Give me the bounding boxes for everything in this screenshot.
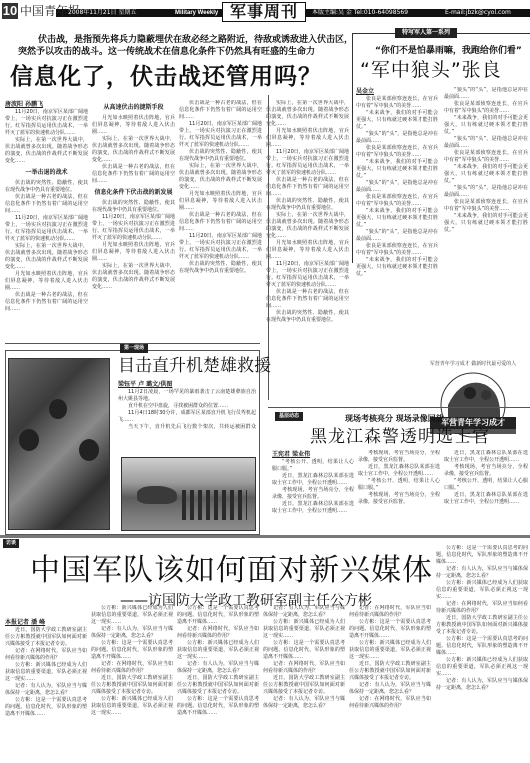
helicopter-story-byline: 梁钰平 卢 璐文/供图 [118,380,256,389]
lead-paragraph: 11月20日，南京军区某部广阔地带上，一场实兵对抗演习正在激烈进行。红军指挥员运… [92,214,175,242]
interview-paragraph: 公方彬：新兴媒体已经成为人们获取信息的重要渠道，军队必须正视这一现实…… [91,605,173,626]
interview-column-2: 公方彬：新兴媒体已经成为人们获取信息的重要渠道，军队必须正视这一现实…… 记者：… [91,605,173,763]
interview-paragraph: 近日，国防大学政工教研室副主任公方彬教授就中国军队如何面对新兴媒体接受了本报记者… [177,675,259,696]
interview-tag: 访谈 [3,539,19,548]
lead-paragraph: 月光如水映照着伏击阵地，官兵们屏息凝神，等待着敌人进入伏击圈…… [266,128,349,149]
lead-paragraph: 11月20日，南京军区某部广阔地带上，一场实兵对抗演习正在激烈进行。红军指挥员运… [179,233,262,261]
interview-column-1: 本报记者 潘 峰 近日，国防大学政工教研室副主任公方彬教授就中国军队如何面对新兴… [5,618,87,763]
lead-paragraph: 伏击战的突然性、隐蔽性，使其在现代战争中仍具有重要地位。 [266,198,349,212]
interview-paragraph: 公方彬：新兴媒体已经成为人们获取信息的重要渠道，军队必须正视这一现实…… [5,662,87,683]
hlj-paragraph: 近日，黑龙江森林总队某部在选取士官工作中，全程公开透明…… [272,501,354,515]
interview-paragraph: 记者：在网络时代，军队应当如何看待新兴媒体的作用？ [177,626,259,640]
helicopter-story-body: 梁钰平 卢 璐文/供图 11月2日凌晨，一场罕见的暴雨袭击了云南楚雄彝族自治州大… [118,380,256,430]
helicopter-shape [137,486,177,504]
lead-paragraph: 11月20日，南京军区某部广阔地带上，一场实兵对抗演习正在激烈进行。红军指挥员运… [266,149,349,177]
feature-paragraph: 张良是某部侦察连连长，在官兵中有着“军中狼头”的美誉…… [356,96,438,110]
photo-figure [79,439,99,461]
interview-byline: 本报记者 潘 峰 [5,618,87,627]
masthead: 10 中国青年报 2008年11月21日 星期五 Military Weekly… [0,0,530,22]
feature-paragraph: 张良是某部侦察连连长，在官兵中有着“军中狼头”的美誉…… [444,150,528,164]
interview-paragraph: 近日，国防大学政工教研室副主任公方彬教授就中国军队如何面对新兴媒体接受了本报记者… [5,627,87,648]
lead-paragraph: 伏击战是一种古老的战法，但在信息化条件下仍然有着广阔的运用空间…… [5,292,88,313]
lead-paragraph: 月光如水映照着伏击阵地，官兵们屏息凝神，等待着敌人进入伏击圈…… [5,271,88,292]
helicopter-paragraph: 11月2日凌晨，一场罕见的暴雨袭击了云南楚雄彝族自治州大姚县等地。 [118,389,256,403]
lead-paragraph: 伏击战的突然性、隐蔽性，使其在现代战争中仍具有重要地位。 [266,310,349,324]
lead-paragraph: 11月20日，南京军区某部广阔地带上，一场实兵对抗演习正在激烈进行。红军指挥员运… [266,261,349,289]
helicopter-paragraph: 当天下午，直升机先后飞行数个架次，共转运被困群众100余人。 [118,424,256,430]
feature-tag: 特写军人第一系列 [395,28,457,38]
lead-paragraph: 月光如水映照着伏击阵地，官兵们屏息凝神，等待着敌人进入伏击圈…… [179,191,262,212]
interview-column-5: 记者：在网络时代，军队应当如何看待新兴媒体的作用？ 公方彬：这是一个需要认真思考… [349,605,431,763]
lead-paragraph: 实际上，在第一次世界大战中，伏击战就曾多次出现。随着战争形态的演变，伏击战的作战… [179,163,262,191]
hlj-paragraph: “考核公开、透明，结果让人心服口服。” [358,478,440,492]
interview-paragraph: 记者：有人认为，军队应当与媒体保持一定距离，您怎么看？ [436,678,528,692]
photo-figure [49,399,67,419]
photo-figure [19,429,39,451]
interview-column-3: 公方彬：这是一个需要认真思考的问题。信息化时代，军队形象的塑造离不开媒体…… 记… [177,605,259,763]
lead-paragraph: 伏击战是一种古老的战法，但在信息化条件下仍然有着广阔的运用空间…… [179,212,262,233]
helicopter-photo [121,457,256,531]
interview-paragraph: 公方彬：这是一个需要认真思考的问题。信息化时代，军队形象的塑造离不开媒体…… [436,636,528,657]
lead-paragraph: 月光如水映照着伏击阵地，官兵们屏息凝神，等待着敌人进入伏击圈…… [266,240,349,261]
divider [268,407,530,408]
lead-paragraph: 11月20日，南京军区某部广阔地带上，一场实兵对抗演习正在激烈进行。红军指挥员运… [5,215,88,243]
lead-column-4: 实际上，在第一次世界大战中，伏击战就曾多次出现。随着战争形态的演变，伏击战的作战… [266,100,349,400]
lead-paragraph: 伏击战是一种古老的战法，但在信息化条件下仍然有着广阔的运用空间…… [266,289,349,310]
feature-paragraph: “未来战争，我们的对手可能会更强大，只有练就过硬本领才能打胜仗。” [444,164,528,185]
hlj-paragraph: “考核公开、透明，结果让人心服口服。” [272,459,354,473]
interview-paragraph: 记者：在网络时代，军队应当如何看待新兴媒体的作用？ [436,601,528,615]
section-divider [0,535,530,538]
feature-paragraph: “未来战争，我们的对手可能会更强大，只有练就过硬本领才能打胜仗。” [444,213,528,234]
feature-paragraph: “狼头”的“头”，是指他总是冲在最前面…… [356,131,438,145]
lead-column-1: 唐波阳 孙鹏飞 11月20日，南京军区某部广阔地带上，一场实兵对抗演习正在激烈进… [5,100,88,340]
interview-paragraph: 公方彬：这是一个需要认真思考的问题。信息化时代，军队形象的塑造离不开媒体…… [91,640,173,661]
interview-column-6: 公方彬：这是一个需要认真思考的问题。信息化时代，军队形象的塑造离不开媒体…… 记… [436,545,528,763]
hlj-story-title: 黑龙江森警透明选士官 [310,426,490,448]
interview-paragraph: 公方彬：这是一个需要认真思考的问题。信息化时代，军队形象的塑造离不开媒体…… [436,545,528,566]
feature-paragraph: “狼头”的“头”，是指他总是冲在最前面…… [444,87,528,101]
interview-title: 中国军队该如何面对新兴媒体 [30,552,433,590]
lead-paragraph: 伏击战是一种古老的战法，但在信息化条件下仍然有着广阔的运用空间…… [92,164,175,185]
hlj-paragraph: 近日，黑龙江森林总队某部在选取士官工作中，全程公开透明…… [358,464,440,478]
lead-paragraph: 实际上，在第一次世界大战中，伏击战就曾多次出现。随着战争形态的演变，伏击战的作战… [5,243,88,271]
interview-paragraph: 公方彬：新兴媒体已经成为人们获取信息的重要渠道，军队必须正视这一现实…… [436,580,528,601]
lead-subhead: 信息化条件下伏击战的新发展 [92,188,175,197]
interview-paragraph: 公方彬：这是一个需要认真思考的问题。信息化时代，军队形象的塑造离不开媒体…… [177,605,259,626]
feature-title: “军中狼头”张良 [360,58,502,82]
email-link[interactable]: E-mail:jbzk@cyol.com [445,9,511,17]
interview-paragraph: 近日，国防大学政工教研室副主任公方彬教授就中国军队如何面对新兴媒体接受了本报记者… [263,675,345,696]
hlj-paragraph: 近日，黑龙江森林总队某部在选取士官工作中，全程公开透明…… [272,473,354,487]
interview-paragraph: 记者：有人认为，军队应当与媒体保持一定距离，您怎么看？ [91,626,173,640]
lead-paragraph: 伏击战的突然性、隐蔽性，使其在现代战争中仍具有重要地位。 [179,261,262,275]
lead-paragraph: 实际上，在第一次世界大战中，伏击战就曾多次出现。随着战争形态的演变，伏击战的作战… [266,100,349,128]
feature-paragraph: “未来战争，我们的对手可能会更强大，只有练就过硬本领才能打胜仗。” [356,159,438,180]
interview-paragraph: 公方彬：新兴媒体已经成为人们获取信息的重要渠道，军队必须正视这一现实…… [263,619,345,640]
hlj-byline: 王宪君 梁业伟 [272,450,354,459]
lead-paragraph: 实际上，在第一次世界大战中，伏击战就曾多次出现。随着战争形态的演变，伏击战的作战… [92,136,175,164]
feature-paragraph: “狼头”的“头”，是指他总是冲在最前面…… [356,180,438,194]
section-english: Military Weekly [175,9,218,17]
lead-paragraph: 伏击战是一种古老的战法，但在信息化条件下仍然有着广阔的运用空间…… [179,100,262,121]
feature-kicker: “你们不是怕暴雨嘛，我跑给你们看” [375,45,522,57]
lead-subhead: 从高速伏击的捷斯手段 [92,103,175,112]
interview-paragraph: 公方彬：新兴媒体已经成为人们获取信息的重要渠道，军队必须正视这一现实…… [349,640,431,661]
lead-headline: 信息化了，伏击战还管用吗？ [10,62,355,92]
interview-paragraph: 记者：有人认为，军队应当与媒体保持一定距离，您怎么看？ [263,696,345,710]
feature-paragraph: 张良是某部侦察连连长，在官兵中有着“军中狼头”的美誉…… [444,101,528,115]
editor-info: 本版主编:吴 金 Tel:010-64098569 [312,9,408,17]
interview-paragraph: 公方彬：新兴媒体已经成为人们获取信息的重要渠道，军队必须正视这一现实…… [436,657,528,678]
lead-byline: 唐波阳 孙鹏飞 [5,100,88,109]
hlj-paragraph: 考核现场，考官当场亮分，全程录像，接受官兵监督。 [272,487,354,501]
feature-paragraph: 张良是某部侦察连连长，在官兵中有着“军中狼头”的美誉…… [356,145,438,159]
interview-paragraph: 公方彬：这是一个需要认真思考的问题。信息化时代，军队形象的塑造离不开媒体…… [349,619,431,640]
feature-paragraph: “未来战争，我们的对手可能会更强大，只有练就过硬本领才能打胜仗。” [356,208,438,229]
interview-paragraph: 记者：在网络时代，军队应当如何看待新兴媒体的作用？ [5,648,87,662]
interview-paragraph: 记者：有人认为，军队应当与媒体保持一定距离，您怎么看？ [5,683,87,697]
hlj-story-tag: 基层动态 [275,412,303,421]
hlj-paragraph: 近日，黑龙江森林总队某部在选取士官工作中，全程公开透明…… [444,450,528,464]
rescue-photo-portrait [8,358,110,530]
interview-column-4: 记者：有人认为，军队应当与媒体保持一定距离，您怎么看？ 公方彬：新兴媒体已经成为… [263,605,345,763]
emblem-arc-text: 军营青年学习成才 做新时代最可爱的人 [426,361,520,367]
interview-paragraph: 公方彬：这是一个需要认真思考的问题。信息化时代，军队形象的塑造离不开媒体…… [177,696,259,717]
interview-paragraph: 公方彬：这是一个需要认真思考的问题。信息化时代，军队形象的塑造离不开媒体…… [263,640,345,661]
feature-paragraph: 张良是某部侦察连连长，在官兵中有着“军中狼头”的美誉…… [444,199,528,213]
lead-deck: 伏击战，是指预先将兵力隐蔽埋伏在敌必经之路附近，待敌或诱敌进入伏击区，突然予以攻… [18,34,353,58]
interview-paragraph: 记者：有人认为，军队应当与媒体保持一定距离，您怎么看？ [263,605,345,619]
issue-date: 2008年11月21日 星期五 [68,9,136,17]
hlj-paragraph: 近日，黑龙江森林总队某部在选取士官工作中，全程公开透明…… [444,492,528,506]
interview-paragraph: 记者：在网络时代，军队应当如何看待新兴媒体的作用？ [349,605,431,619]
helicopter-paragraph: 11月4日18时30分许，成都军区某部直升机飞行员驾机起飞…… [118,410,256,424]
lead-column-2: 从高速伏击的捷斯手段 月光如水映照着伏击阵地，官兵们屏息凝神，等待着敌人进入伏击… [92,100,175,340]
feature-paragraph: “狼头”的“头”，是指他总是冲在最前面…… [444,136,528,150]
feature-paragraph: “狼头”的“头”，是指他总是冲在最前面…… [356,229,438,243]
hlj-paragraph: 考核现场，考官当场亮分，全程录像，接受官兵监督。 [358,492,440,506]
lead-paragraph: 伏击战是一种古老的战法，但在信息化条件下仍然有着广阔的运用空间…… [5,194,88,215]
section-title: 军事周刊 [222,2,306,22]
interview-paragraph: 近日，国防大学政工教研室副主任公方彬教授就中国军队如何面对新兴媒体接受了本报记者… [91,675,173,696]
interview-paragraph: 记者：在网络时代，军队应当如何看待新兴媒体的作用？ [263,661,345,675]
hlj-paragraph: “考核公开、透明，结果让人心服口服。” [444,478,528,492]
lead-paragraph: 实际上，在第一次世界大战中，伏击战就曾多次出现。随着战争形态的演变，伏击战的作战… [266,212,349,240]
interview-paragraph: 公方彬：这是一个需要认真思考的问题。信息化时代，军队形象的塑造离不开媒体…… [5,697,87,718]
lead-paragraph: 11月20日，南京军区某部广阔地带上，一场实兵对抗演习正在激烈进行。红军指挥员运… [179,121,262,149]
interview-paragraph: 记者：有人认为，军队应当与媒体保持一定距离，您怎么看？ [177,661,259,675]
feature-column-2: “狼头”的“头”，是指他总是冲在最前面…… 张良是某部侦察连连长，在官兵中有着“… [444,87,528,352]
lead-paragraph: 月光如水映照着伏击阵地，官兵们屏息凝神，等待着敌人进入伏击圈…… [92,242,175,263]
interview-paragraph: 公方彬：新兴媒体已经成为人们获取信息的重要渠道，军队必须正视这一现实…… [177,640,259,661]
hlj-column-2: 考核现场，考官当场亮分，全程录像，接受官兵监督。 近日，黑龙江森林总队某部在选取… [358,450,440,534]
lead-paragraph: 实际上，在第一次世界大战中，伏击战就曾多次出现。随着战争形态的演变，伏击战的作战… [5,137,88,165]
hlj-paragraph: 考核现场，考官当场亮分，全程录像，接受官兵监督。 [444,464,528,478]
feature-paragraph: “未来战争，我们的对手可能会更强大，只有练就过硬本领才能打胜仗。” [356,110,438,131]
lead-paragraph: 11月20日，南京军区某部广阔地带上，一场实兵对抗演习正在激烈进行。红军指挥员运… [5,109,88,137]
page-number: 10 [2,3,18,19]
feature-paragraph: “未来战争，我们的对手可能会更强大，只有练就过硬本领才能打胜仗。” [444,115,528,136]
interview-paragraph: 近日，国防大学政工教研室副主任公方彬教授就中国军队如何面对新兴媒体接受了本报记者… [436,615,528,636]
hlj-column-1: 王宪君 梁业伟 “考核公开、透明，结果让人心服口服。” 近日，黑龙江森林总队某部… [272,450,354,534]
lead-column-3: 伏击战是一种古老的战法，但在信息化条件下仍然有着广阔的运用空间…… 11月20日… [179,100,262,340]
lead-paragraph: 实际上，在第一次世界大战中，伏击战就曾多次出现。随着战争形态的演变，伏击战的作战… [92,263,175,291]
lead-paragraph: 伏击战的突然性、隐蔽性，使其在现代战争中仍具有重要地位。 [5,180,88,194]
helicopter-story-title: 目击直升机楚雄救援 [118,355,271,377]
soldiers-line [182,490,247,520]
lead-subhead: 一举击退的战术 [5,168,88,177]
interview-paragraph: 记者：在网络时代，军队应当如何看待新兴媒体的作用？ [349,696,431,710]
hlj-column-3: 近日，黑龙江森林总队某部在选取士官工作中，全程公开透明…… 考核现场，考官当场亮… [444,450,528,534]
interview-paragraph: 记者：在网络时代，军队应当如何看待新兴媒体的作用？ [91,661,173,675]
interview-paragraph: 记者：有人认为，军队应当与媒体保持一定距离，您怎么看？ [349,682,431,696]
feature-byline: 吴金立 [356,87,438,96]
feature-paragraph: “狼头”的“头”，是指他总是冲在最前面…… [444,185,528,199]
feature-paragraph: “未来战争，我们的对手可能会更强大，只有练就过硬本领才能打胜仗。” [356,257,438,278]
lead-paragraph: 伏击战的突然性、隐蔽性，使其在现代战争中仍具有重要地位。 [92,200,175,214]
interview-paragraph: 公方彬：新兴媒体已经成为人们获取信息的重要渠道，军队必须正视这一现实…… [91,696,173,717]
hlj-paragraph: 考核现场，考官当场亮分，全程录像，接受官兵监督。 [358,450,440,464]
lead-paragraph: 伏击战的突然性、隐蔽性，使其在现代战争中仍具有重要地位。 [179,149,262,163]
lead-paragraph: 伏击战是一种古老的战法，但在信息化条件下仍然有着广阔的运用空间…… [266,177,349,198]
lead-paragraph: 月光如水映照着伏击阵地，官兵们屏息凝神，等待着敌人进入伏击圈…… [92,115,175,136]
helicopter-story-tag: 第一现场 [120,344,148,353]
interview-paragraph: 记者：有人认为，军队应当与媒体保持一定距离，您怎么看？ [436,566,528,580]
helicopter-paragraph: 直升机在空中盘旋，寻找被困群众的位置…… [118,403,256,410]
interview-paragraph: 近日，国防大学政工教研室副主任公方彬教授就中国军队如何面对新兴媒体接受了本报记者… [349,661,431,682]
feature-paragraph: 张良是某部侦察连连长，在官兵中有着“军中狼头”的美誉…… [356,194,438,208]
feature-paragraph: 张良是某部侦察连连长，在官兵中有着“军中狼头”的美誉…… [356,243,438,257]
hlj-story-kicker: 现场考核亮分 现场录像回放 [345,414,444,424]
